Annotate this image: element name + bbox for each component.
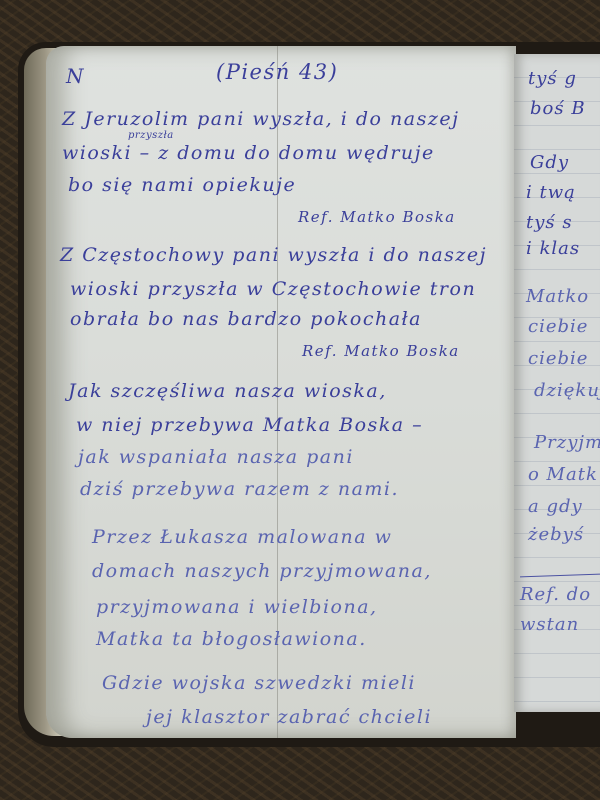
verse-1-line-3: bo się nami opiekuje (68, 174, 296, 196)
verse-2-line-1: Z Częstochowy pani wyszła i do naszej (60, 244, 487, 266)
verse-4-line-4: Matka ta błogosławiona. (96, 628, 367, 650)
right-line: ciebie (528, 316, 588, 337)
verse-2-line-3: obrała bo nas bardzo pokochała (70, 308, 422, 330)
verse-1-insertion: przyszła (128, 130, 174, 141)
verse-1-line-1: Z Jeruzolim pani wyszła, i do naszej (62, 108, 459, 130)
right-line: ciebie (528, 348, 588, 369)
verse-3-line-3: jak wspaniała nasza pani (78, 446, 354, 468)
refrain-2: Ref. Matko Boska (302, 342, 460, 360)
right-page: tyś g boś B Gdy i twą tyś s i klas Matko… (514, 54, 600, 712)
right-line: Ref. do (520, 584, 591, 605)
right-line: o Matk (528, 464, 598, 485)
verse-4-line-1: Przez Łukasza malowana w (92, 526, 392, 548)
verse-5-line-1: Gdzie wojska szwedzki mieli (102, 672, 416, 694)
right-line: boś B (530, 98, 586, 119)
refrain-1: Ref. Matko Boska (298, 208, 456, 226)
right-line: tyś g (528, 68, 577, 89)
verse-3-line-4: dziś przebywa razem z nami. (80, 478, 399, 500)
verse-3-line-2: w niej przebywa Matka Boska – (76, 414, 423, 436)
right-line: dziękuj (534, 380, 600, 401)
verse-5-line-2: jej klasztor zabrać chcieli (146, 706, 432, 728)
right-line: tyś s (526, 212, 573, 233)
right-line: a gdy (528, 496, 583, 517)
right-line: i twą (526, 182, 576, 203)
right-line: i klas (526, 238, 580, 259)
corner-mark: N (66, 64, 85, 88)
right-line: wstan (520, 614, 579, 635)
verse-1-line-2: wioski – z domu do domu wędruje (62, 142, 435, 164)
right-line: Przyjm (534, 432, 600, 453)
song-title: (Pieśń 43) (216, 60, 338, 84)
right-line: Matko (526, 286, 589, 307)
verse-3-line-1: Jak szczęśliwa nasza wioska, (68, 380, 387, 402)
verse-4-line-2: domach naszych przyjmowana, (92, 560, 432, 582)
right-line: żebyś (528, 524, 584, 545)
verse-4-line-3: przyjmowana i wielbiona, (96, 596, 378, 618)
verse-2-line-2: wioski przyszła w Częstochowie tron (70, 278, 476, 300)
right-line: Gdy (530, 152, 569, 173)
left-page: N (Pieśń 43) Z Jeruzolim pani wyszła, i … (46, 46, 516, 738)
